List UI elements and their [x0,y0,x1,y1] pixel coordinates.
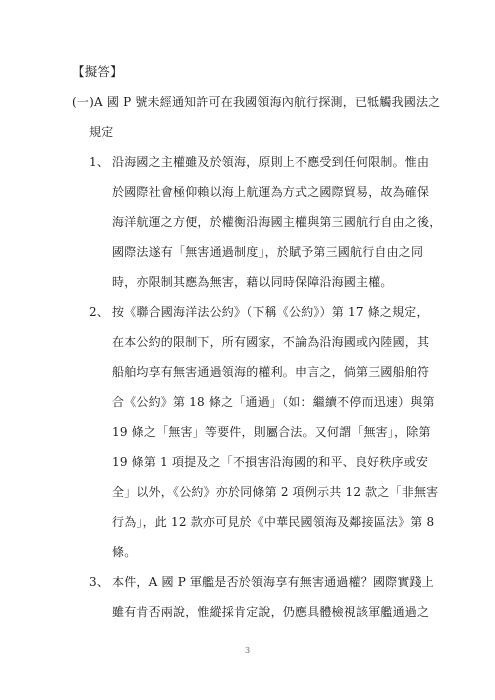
list-item-line: 於國際社會極仰賴以海上航運為方式之國際貿易，故為確保 [112,177,432,207]
list-item-line: 在本公約的限制下，所有國家，不論為沿海國或內陸國，其 [112,327,432,357]
section-title-line: 規定 [89,117,432,147]
list-item-line: 合《公約》第 18 條之「通過」（如：繼續不停而迅速）與第 [112,387,432,417]
list-item-line: 條。 [112,537,432,567]
item-number: 1、 [89,147,112,177]
item-text: 沿海國之主權雖及於領海，原則上不應受到任何限制。惟由 [112,155,429,169]
list-item-line: 1、沿海國之主權雖及於領海，原則上不應受到任何限制。惟由 [89,147,432,177]
item-number: 3、 [89,567,112,597]
item-number: 2、 [89,297,112,327]
document-body: 【擬答】 (一)A 國 P 號未經通知許可在我國領海內航行探測，已牴觸我國法之 … [72,57,432,627]
list-item-line: 海洋航運之方便，於權衡沿海國主權與第三國航行自由之後， [112,207,432,237]
item-text: 本件，A 國 P 軍艦是否於領海享有無害通過權？國際實踐上 [112,575,434,589]
section-title-line: (一)A 國 P 號未經通知許可在我國領海內航行探測，已牴觸我國法之 [72,87,432,117]
list-item-line: 全」以外，《公約》亦於同條第 2 項例示共 12 款之「非無害 [112,477,432,507]
list-item-line: 船舶均享有無害通過領海的權利。申言之，倘第三國船舶符 [112,357,432,387]
list-item-line: 時，亦限制其應為無害，藉以同時保障沿海國主權。 [112,267,432,297]
list-item-line: 國際法遂有「無害通過制度」，於賦予第三國航行自由之同 [112,237,432,267]
section-title-text: A 國 P 號未經通知許可在我國領海內航行探測，已牴觸我國法之 [94,95,440,109]
section-label: (一) [72,95,94,109]
list-item-line: 2、按《聯合國海洋法公約》（下稱《公約》）第 17 條之規定， [89,297,432,327]
page-number: 3 [0,645,495,657]
list-item-line: 19 條之「無害」等要件，則屬合法。又何謂「無害」，除第 [112,417,432,447]
item-text: 按《聯合國海洋法公約》（下稱《公約》）第 17 條之規定， [112,305,429,319]
answer-heading: 【擬答】 [72,57,432,87]
document-page: 【擬答】 (一)A 國 P 號未經通知許可在我國領海內航行探測，已牴觸我國法之 … [0,0,495,700]
list-item-line: 3、本件，A 國 P 軍艦是否於領海享有無害通過權？國際實踐上 [89,567,432,597]
list-item-line: 行為」，此 12 款亦可見於《中華民國領海及鄰接區法》第 8 [112,507,432,537]
list-item-line: 雖有肯否兩說，惟縱採肯定說，仍應具體檢視該軍艦通過之 [112,597,432,627]
list-item-line: 19 條第 1 項提及之「不損害沿海國的和平、良好秩序或安 [112,447,432,477]
